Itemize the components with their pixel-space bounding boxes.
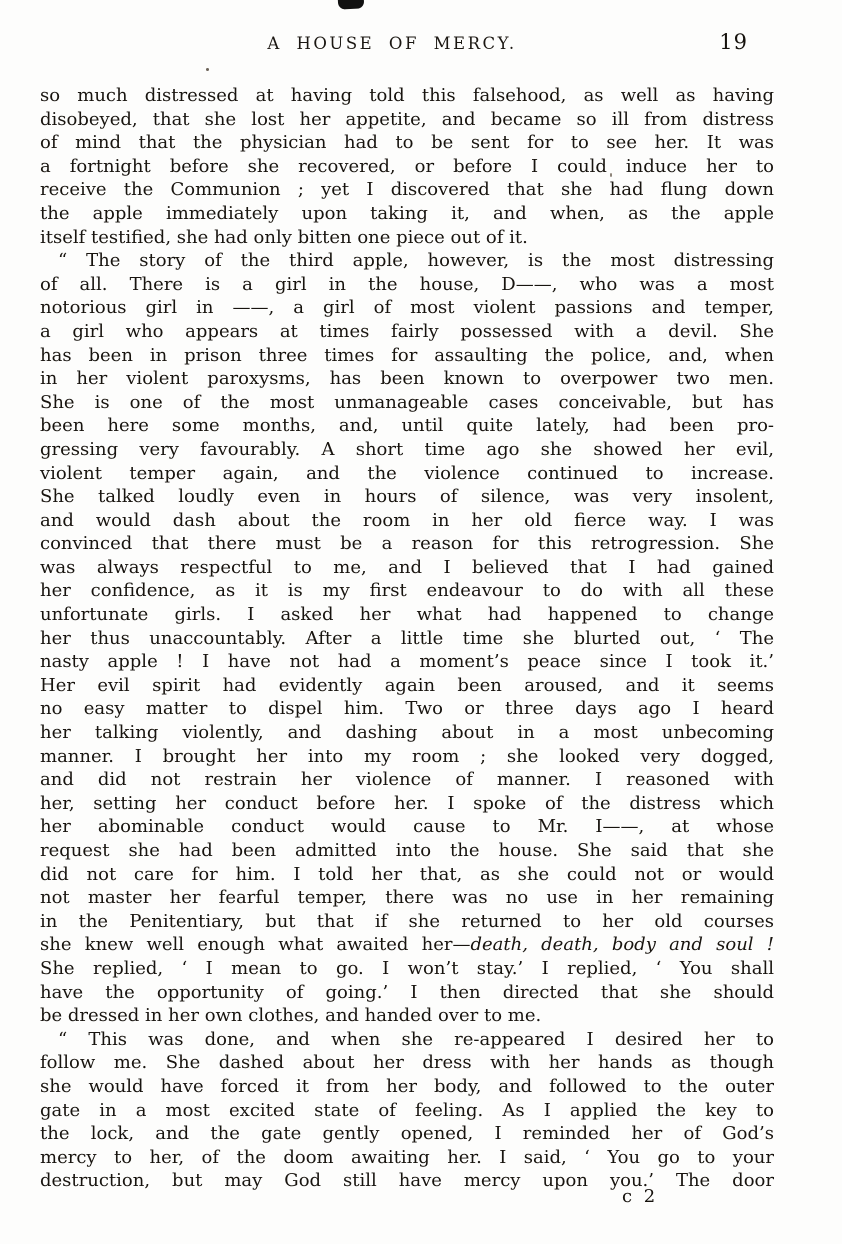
page-header: A HOUSE OF MERCY. 19	[40, 30, 774, 60]
text-line: her abominable conduct would cause to Mr…	[40, 815, 774, 839]
text-line: the lock, and the gate gently opened, I …	[40, 1122, 774, 1146]
text-line: her confidence, as it is my first endeav…	[40, 579, 774, 603]
text-line: “ The story of the third apple, however,…	[40, 249, 774, 273]
text-line: follow me. She dashed about her dress wi…	[40, 1051, 774, 1075]
text-line: of all. There is a girl in the house, D—…	[40, 273, 774, 297]
text-segment: she knew well enough what awaited her—	[40, 934, 471, 955]
text-line: the apple immediately upon taking it, an…	[40, 202, 774, 226]
text-line: not master her fearful temper, there was…	[40, 886, 774, 910]
text-line: her, setting her conduct before her. I s…	[40, 792, 774, 816]
book-page: A HOUSE OF MERCY. 19 so much distressed …	[0, 0, 842, 1244]
text-line: be dressed in her own clothes, and hande…	[40, 1004, 774, 1028]
text-line: so much distressed at having told this f…	[40, 84, 774, 108]
text-line: her talking violently, and dashing about…	[40, 721, 774, 745]
text-line: gate in a most excited state of feeling.…	[40, 1099, 774, 1123]
scan-speck	[206, 68, 209, 71]
text-line: notorious girl in ——, a girl of most vio…	[40, 296, 774, 320]
page-number: 19	[719, 30, 748, 54]
text-line: itself testified, she had only bitten on…	[40, 226, 774, 250]
text-line: has been in prison three times for assau…	[40, 344, 774, 368]
text-line: and did not restrain her violence of man…	[40, 768, 774, 792]
text-line: request she had been admitted into the h…	[40, 839, 774, 863]
text-line: disobeyed, that she lost her appetite, a…	[40, 108, 774, 132]
page-body: so much distressed at having told this f…	[40, 84, 774, 1193]
text-line: nasty apple ! I have not had a moment’s …	[40, 650, 774, 674]
text-line: was always respectful to me, and I belie…	[40, 556, 774, 580]
text-line: in the Penitentiary, but that if she ret…	[40, 910, 774, 934]
text-line: receive the Communion ; yet I discovered…	[40, 178, 774, 202]
text-line: mercy to her, of the doom awaiting her. …	[40, 1146, 774, 1170]
text-line: she would have forced it from her body, …	[40, 1075, 774, 1099]
text-line: she knew well enough what awaited her—de…	[40, 933, 774, 957]
text-line: She replied, ‘ I mean to go. I won’t sta…	[40, 957, 774, 981]
text-line: no easy matter to dispel him. Two or thr…	[40, 697, 774, 721]
text-line: violent temper again, and the violence c…	[40, 462, 774, 486]
text-line: of mind that the physician had to be sen…	[40, 131, 774, 155]
text-line: Her evil spirit had evidently again been…	[40, 674, 774, 698]
signature-mark: c 2	[622, 1186, 656, 1207]
text-line: in her violent paroxysms, has been known…	[40, 367, 774, 391]
text-line: her thus unaccountably. After a little t…	[40, 627, 774, 651]
text-line: and would dash about the room in her old…	[40, 509, 774, 533]
text-line: a girl who appears at times fairly posse…	[40, 320, 774, 344]
text-line: destruction, but may God still have merc…	[40, 1169, 774, 1193]
text-line: She talked loudly even in hours of silen…	[40, 485, 774, 509]
text-line: been here some months, and, until quite …	[40, 414, 774, 438]
text-line: have the opportunity of going.’ I then d…	[40, 981, 774, 1005]
text-line: convinced that there must be a reason fo…	[40, 532, 774, 556]
text-line: She is one of the most unmanageable case…	[40, 391, 774, 415]
running-title: A HOUSE OF MERCY.	[40, 34, 744, 53]
scan-artifact	[338, 0, 365, 10]
text-line: manner. I brought her into my room ; she…	[40, 745, 774, 769]
text-line: unfortunate girls. I asked her what had …	[40, 603, 774, 627]
text-line: “ This was done, and when she re-appeare…	[40, 1028, 774, 1052]
italic-text-segment: death, death, body and soul !	[471, 934, 775, 955]
text-line: a fortnight before she recovered, or bef…	[40, 155, 774, 179]
text-line: did not care for him. I told her that, a…	[40, 863, 774, 887]
text-line: gressing very favourably. A short time a…	[40, 438, 774, 462]
